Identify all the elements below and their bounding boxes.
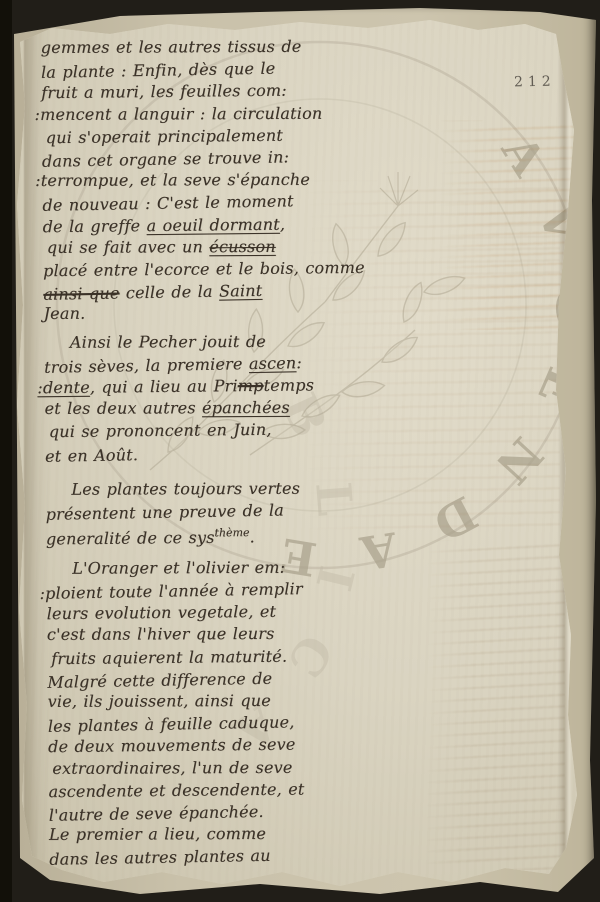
manuscript-text-segment: placé entre l'ecorce et le bois, comme [43, 258, 365, 280]
manuscript-text-segment: Ainsi le Pecher jouit de [70, 332, 266, 352]
manuscript-text-segment: :mencent a languir : la circulation [34, 103, 322, 123]
manuscript-text-segment: temps [263, 375, 314, 395]
manuscript-line: et les deux autres épanchées [44, 396, 464, 420]
manuscript-text-segment: L'Oranger et l'olivier em: [72, 558, 285, 578]
manuscript-page: AVGENDAE BLICA [0, 0, 600, 902]
manuscript-text-segment: :dente [37, 378, 90, 398]
manuscript-text-segment: : [296, 353, 302, 372]
manuscript-text-segment: . [249, 528, 254, 547]
manuscript-line: c'est dans l'hiver que leurs [47, 622, 467, 646]
manuscript-text: gemmes et les autres tissus dela plante … [41, 34, 470, 870]
manuscript-text-segment: thème [214, 526, 249, 539]
manuscript-paragraph: gemmes et les autres tissus dela plante … [41, 34, 464, 327]
manuscript-text-segment: trois sèves, la premiere [44, 354, 249, 377]
manuscript-text-segment: épanchées [202, 398, 290, 417]
manuscript-text-segment: :ploient toute l'année à remplir [39, 579, 303, 603]
manuscript-text-segment: qui s'operait principalement [46, 126, 283, 147]
manuscript-text-segment: ascen [249, 353, 297, 373]
manuscript-text-segment: c'est dans l'hiver que leurs [47, 624, 275, 644]
manuscript-text-segment: a oeuil dormant [146, 214, 280, 234]
manuscript-paragraph: Ainsi le Pecher jouit detrois sèves, la … [44, 328, 465, 466]
manuscript-text-segment: extraordinaires, l'un de seve [52, 757, 292, 777]
manuscript-line: extraordinaires, l'un de seve [52, 756, 468, 780]
manuscript-text-segment: et en Août. [45, 445, 138, 466]
manuscript-text-segment: de nouveau : C'est le moment [42, 192, 294, 216]
manuscript-text-segment: de la greffe [43, 216, 147, 236]
manuscript-text-segment: qui se fait avec un [47, 237, 209, 257]
manuscript-text-segment: écusson [209, 237, 276, 256]
manuscript-text-segment: , qui a lieu au Pri [90, 376, 238, 397]
manuscript-text-segment: ainsi que [43, 284, 120, 304]
manuscript-text-segment: fruits aquierent la maturité. [51, 646, 287, 667]
manuscript-text-segment: celle de la [119, 282, 219, 303]
manuscript-text-segment: dans les autres plantes au [49, 846, 271, 869]
manuscript-text-segment: de deux mouvements de seve [48, 735, 296, 757]
manuscript-line: :mencent a languir : la circulation [34, 102, 461, 126]
manuscript-text-segment: :terrompue, et la seve s'épanche [35, 170, 310, 190]
manuscript-text-segment: Saint [219, 281, 263, 301]
manuscript-text-segment: la plante : Enfin, dès que le [41, 59, 276, 82]
manuscript-text-segment: dans cet organe se trouve in: [42, 147, 290, 171]
manuscript-text-segment: Le premier a lieu, comme [49, 824, 266, 844]
manuscript-text-segment: l'autre de seve épanchée. [49, 802, 264, 825]
manuscript-text-segment: et les deux autres [45, 398, 203, 418]
manuscript-paragraph: L'Oranger et l'olivier em::ploient toute… [46, 555, 469, 870]
scanned-manuscript-photo: AVGENDAE BLICA [0, 0, 600, 902]
manuscript-text-segment: generalité de ce sys [46, 528, 215, 549]
manuscript-text-segment: fruit a muri, les feuilles com: [41, 81, 287, 103]
manuscript-line: qui se fait avec un écusson [47, 235, 463, 259]
manuscript-line: Jean. [44, 302, 464, 326]
manuscript-paragraph: Les plantes toujours vertesprésentent un… [45, 476, 466, 551]
manuscript-text-segment: Malgré cette difference de [47, 669, 272, 692]
manuscript-text-segment: mp [238, 376, 264, 395]
manuscript-text-segment: , [280, 214, 285, 233]
manuscript-text-segment: ascendente et descendente, et [48, 779, 304, 801]
manuscript-text-segment: qui se prononcent en Juin, [49, 420, 272, 441]
manuscript-text-segment: les plantes à feuille caduque, [48, 713, 295, 737]
manuscript-text-segment: Les plantes toujours vertes [71, 479, 300, 499]
manuscript-text-segment: présentent une preuve de la [45, 501, 284, 524]
manuscript-text-segment: gemmes et les autres tissus de [41, 37, 302, 57]
manuscript-text-segment: Jean. [44, 304, 86, 323]
manuscript-text-segment: leurs evolution vegetale, et [47, 602, 277, 623]
manuscript-text-segment: vie, ils jouissent, ainsi que [48, 691, 271, 711]
page-number: 212 [514, 74, 556, 91]
